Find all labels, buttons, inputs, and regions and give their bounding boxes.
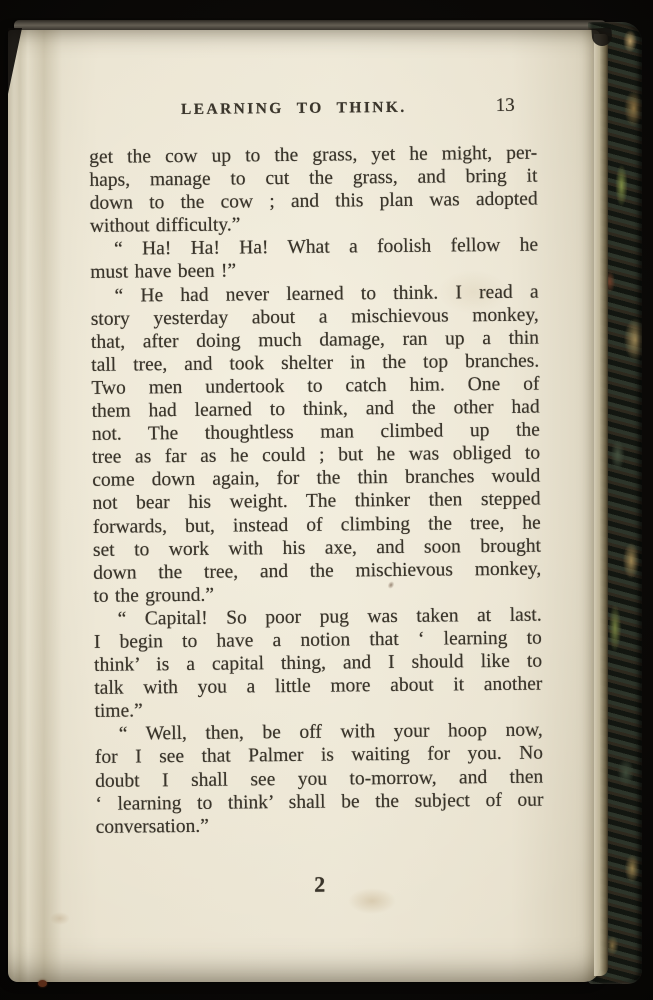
page-corner-shadow	[8, 28, 22, 94]
debris-speck	[38, 980, 47, 987]
paragraph: get the cow up to the grass, yet he migh…	[89, 142, 538, 239]
book-scan: LEARNING TO THINK. 13 get the cow up to …	[0, 0, 653, 1000]
page-header: LEARNING TO THINK. 13	[89, 98, 537, 124]
running-header: LEARNING TO THINK.	[89, 98, 499, 120]
page-content: LEARNING TO THINK. 13 get the cow up to …	[3, 25, 604, 983]
text-line: down the tree, and the mischievous monke…	[93, 557, 541, 584]
paragraph: “ Well, then, be off with your hoop now,…	[95, 719, 544, 839]
paragraph: “ Ha! Ha! Ha! What a foolish fellow hemu…	[90, 234, 538, 284]
page-number: 13	[496, 95, 515, 117]
book-page: LEARNING TO THINK. 13 get the cow up to …	[8, 30, 600, 982]
signature-mark: 2	[96, 870, 544, 897]
paragraph: “ He had never learned to think. I read …	[90, 280, 541, 608]
text-line: ‘ learning to think’ shall be the subjec…	[95, 788, 543, 815]
paragraph: “ Capital! So poor pug was taken at last…	[94, 603, 543, 723]
text-line: “ Ha! Ha! Ha! What a foolish fellow he	[90, 234, 538, 261]
text-line: down to the cow ; and this plan was adop…	[90, 188, 538, 215]
text-line: talk with you a little more about it ano…	[94, 673, 542, 700]
text-line: conversation.”	[96, 811, 544, 838]
page-text: get the cow up to the grass, yet he migh…	[89, 142, 544, 898]
